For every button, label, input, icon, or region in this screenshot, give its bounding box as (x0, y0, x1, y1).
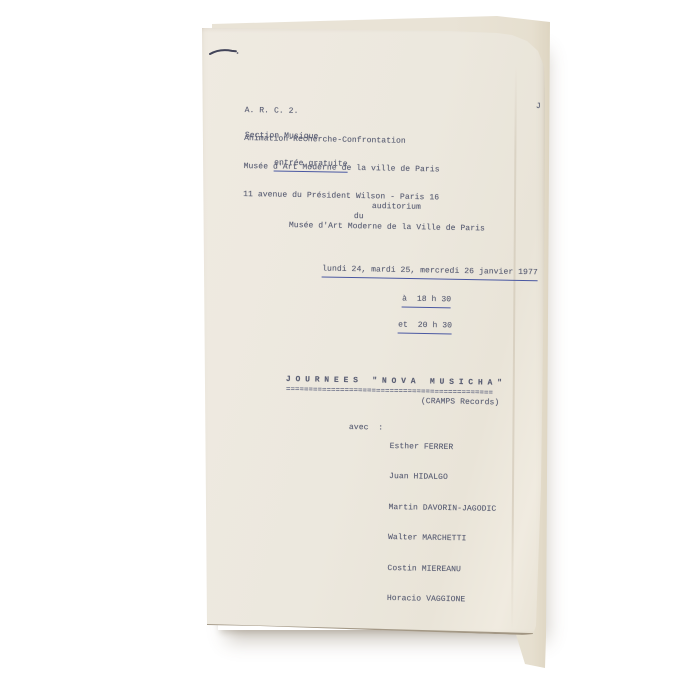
performer-name: Esther FERRER (389, 441, 497, 455)
address-line: 11 avenue du Président Wilson - Paris 16 (243, 190, 439, 203)
dates-text: lundi 24, mardi 25, mercredi 26 janvier … (322, 265, 538, 281)
time-second-line: et 20 h 30 (369, 311, 453, 339)
programme-photo: J A. R. C. 2. Animation-Recherche-Confro… (0, 0, 700, 700)
time-first-line: à 18 h 30 (373, 285, 452, 313)
time-second-text: et 20 h 30 (398, 321, 452, 334)
paper-crease (511, 66, 517, 631)
admission-line: entrée gratuite (245, 149, 348, 178)
venue-line-2: du (354, 212, 364, 221)
event-title-rule: ========================================… (286, 386, 493, 398)
time-first-text: à 18 h 30 (402, 295, 451, 308)
performers-list: Esther FERRER Juan HIDALGO Martin DAVORI… (387, 423, 498, 625)
performer-name: Martin DAVORIN-JAGODIC (388, 502, 496, 516)
lineup-intro: avec : (349, 423, 383, 433)
venue-line-1: auditorium (372, 202, 421, 212)
ink-mark-icon (209, 46, 241, 64)
performer-name: Costin MIEREANU (387, 563, 495, 577)
venue-line-3: Musée d'Art Moderne de la Ville de Paris (289, 221, 485, 233)
performer-name: Juan HIDALGO (389, 471, 497, 485)
admission-text: entrée gratuite (274, 159, 348, 173)
front-sheet: A. R. C. 2. Animation-Recherche-Confront… (200, 26, 546, 638)
back-sheet-glyph: J (536, 102, 541, 111)
event-label: (CRAMPS Records) (421, 397, 500, 407)
section-line: Section Musique (245, 131, 319, 141)
performer-name: Horacio VAGGIONE (387, 593, 495, 607)
org-code: A. R. C. 2. (245, 106, 441, 119)
dates-line: lundi 24, mardi 25, mercredi 26 janvier … (293, 255, 538, 286)
performer-name: Walter MARCHETTI (388, 532, 496, 546)
